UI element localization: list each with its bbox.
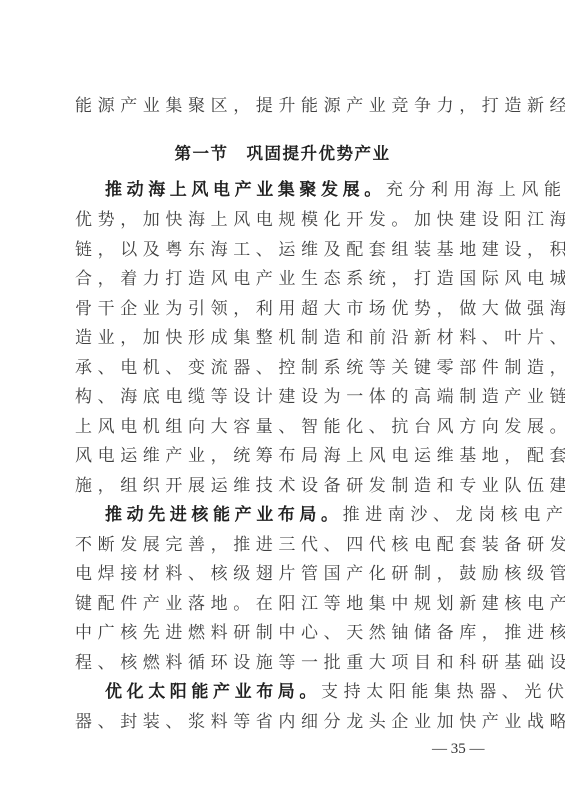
- paragraph-1-line-8: 构、海底电缆等设计建设为一体的高端制造产业链集群，推进海: [75, 387, 493, 407]
- paragraph-2-line-3: 电焊接材料、核级翅片管国产化研制，鼓励核级管道、阀门及关: [75, 564, 493, 584]
- paragraph-2-line-1: 推动先进核能产业布局。推进南沙、龙岗核电产业园区基地: [105, 505, 493, 525]
- section-title: 巩固提升优势产业: [247, 144, 391, 163]
- paragraph-1-line-5: 骨干企业为引领，利用超大市场优势，做大做强海上风电装备制: [75, 299, 493, 319]
- paragraph-3-line-2: 器、封装、浆料等省内细分龙头企业加快产业战略布局，通过并: [75, 712, 493, 732]
- paragraph-2-line-6: 程、核燃料循环设施等一批重大项目和科研基础设施落地。: [75, 653, 493, 673]
- paragraph-1-line-9: 上风电机组向大容量、智能化、抗台风方向发展。加快培育海上: [75, 417, 493, 437]
- paragraph-1-line-3: 链，以及粤东海工、运维及配套组装基地建设，积极推进产城融: [75, 240, 493, 260]
- paragraph-lead: 优化太阳能产业布局。: [105, 682, 321, 702]
- paragraph-1-line-1: 推动海上风电产业集聚发展。充分利用海上风能资源丰富的: [105, 180, 493, 200]
- page-number: — 35 —: [432, 741, 485, 758]
- paragraph-1-line-11: 施，组织开展运维技术设备研发制造和专业队伍建设。: [75, 476, 493, 496]
- continuation-line: 能源产业集聚区，提升能源产业竞争力，打造新经济增长点。: [75, 96, 493, 116]
- paragraph-2-line-2: 不断发展完善，推进三代、四代核电配套装备研发制造，开展核: [75, 535, 493, 555]
- paragraph-1-line-6: 造业，加快形成集整机制造和前沿新材料、叶片、齿轮箱、轴: [75, 328, 493, 348]
- paragraph-2-line-4: 键配件产业落地。在阳江等地集中规划新建核电产业园区，建设: [75, 594, 493, 614]
- paragraph-lead: 推动海上风电产业集聚发展。: [105, 180, 386, 200]
- section-heading: 第一节巩固提升优势产业: [0, 140, 565, 164]
- section-number: 第一节: [175, 144, 229, 163]
- document-page: 能源产业集聚区，提升能源产业竞争力，打造新经济增长点。 第一节巩固提升优势产业 …: [0, 0, 565, 800]
- paragraph-1-line-10: 风电运维产业，统筹布局海上风电运维基地，配套相关基础设: [75, 446, 493, 466]
- paragraph-1-line-7: 承、电机、变流器、控制系统等关键零部件制造，以及基础结: [75, 358, 493, 378]
- paragraph-2-line-5: 中广核先进燃料研制中心、天然铀储备库，推进核电环保配套工: [75, 623, 493, 643]
- paragraph-1-line-4: 合，着力打造风电产业生态系统，打造国际风电城。以省内风机: [75, 269, 493, 289]
- paragraph-lead: 推动先进核能产业布局。: [105, 505, 343, 525]
- paragraph-1-line-2: 优势，加快海上风电规模化开发。加快建设阳江海上风电全产业: [75, 210, 493, 230]
- paragraph-3-line-1: 优化太阳能产业布局。支持太阳能集热器、光伏设备、逆变: [105, 682, 493, 702]
